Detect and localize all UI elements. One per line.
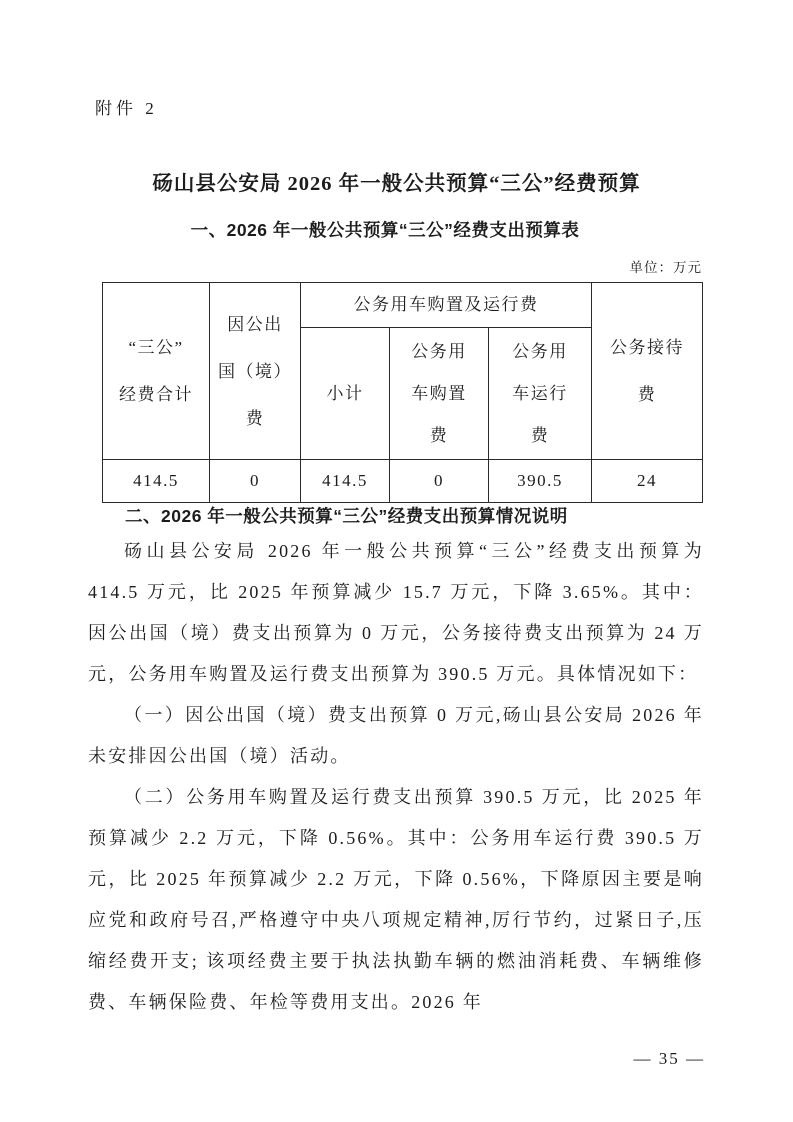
document-page: 附件 2 砀山县公安局 2026 年一般公共预算“三公”经费预算 一、2026 … xyxy=(0,0,793,1122)
table-unit-note: 单位：万元 xyxy=(630,256,703,276)
header-cell-vehicle-group: 公务用车购置及运行费 xyxy=(301,283,592,328)
paragraph-abroad-note: （一）因公出国（境）费支出预算 0 万元,砀山县公安局 2026 年未安排因公出… xyxy=(88,695,704,777)
page-number: — 35 — xyxy=(634,1049,706,1069)
header-cell-vehicle-purchase: 公务用 车购置 费 xyxy=(390,328,489,460)
attachment-label: 附件 2 xyxy=(95,94,158,119)
budget-table: “三公” 经费合计 因公出 国（境） 费 公务用车购置及运行费 公务接待 费 小… xyxy=(102,282,703,503)
value-reception: 24 xyxy=(592,460,703,503)
header-cell-reception: 公务接待 费 xyxy=(592,283,703,460)
value-vehicle-operation: 390.5 xyxy=(489,460,592,503)
header-cell-total: “三公” 经费合计 xyxy=(103,283,210,460)
value-total: 414.5 xyxy=(103,460,210,503)
section-1-heading: 一、2026 年一般公共预算“三公”经费支出预算表 xyxy=(0,217,770,242)
value-vehicle-purchase: 0 xyxy=(390,460,489,503)
header-cell-vehicle-operation: 公务用 车运行 费 xyxy=(489,328,592,460)
header-cell-abroad: 因公出 国（境） 费 xyxy=(210,283,301,460)
value-vehicle-subtotal: 414.5 xyxy=(301,460,390,503)
document-title: 砀山县公安局 2026 年一般公共预算“三公”经费预算 xyxy=(0,166,793,196)
section-2-heading: 二、2026 年一般公共预算“三公”经费支出预算情况说明 xyxy=(90,503,730,528)
paragraph-vehicle-note: （二）公务用车购置及运行费支出预算 390.5 万元，比 2025 年预算减少 … xyxy=(88,777,704,1023)
header-cell-vehicle-subtotal: 小计 xyxy=(301,328,390,460)
paragraph-summary: 砀山县公安局 2026 年一般公共预算“三公”经费支出预算为 414.5 万元，… xyxy=(88,531,704,695)
table-value-row: 414.5 0 414.5 0 390.5 24 xyxy=(103,460,703,503)
body-text: 砀山县公安局 2026 年一般公共预算“三公”经费支出预算为 414.5 万元，… xyxy=(88,531,704,1023)
table-header-row-1: “三公” 经费合计 因公出 国（境） 费 公务用车购置及运行费 公务接待 费 xyxy=(103,283,703,328)
value-abroad: 0 xyxy=(210,460,301,503)
